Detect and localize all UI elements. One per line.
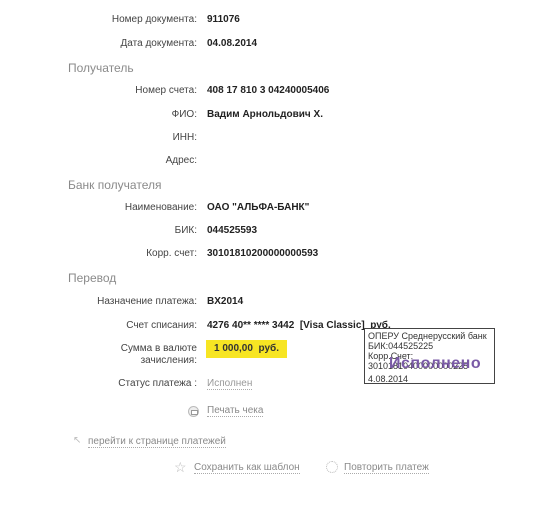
- bank-section-title: Банк получателя: [68, 178, 161, 192]
- transfer-status-label: Статус платежа :: [118, 378, 197, 389]
- recipient-account-row: Номер счета: 408 17 810 3 04240005406: [0, 85, 535, 101]
- back-to-payments-link[interactable]: перейти к странице платежей: [88, 436, 226, 448]
- transfer-section-title: Перевод: [68, 271, 116, 285]
- stamp-line2: БИК:044525225: [368, 341, 494, 351]
- bank-stamp: ОПЕРУ Среднерусский банк БИК:044525225 К…: [364, 328, 495, 384]
- recipient-address-label: Адрес:: [166, 155, 197, 166]
- stamp-line1: ОПЕРУ Среднерусский банк: [368, 331, 494, 341]
- stamp-date: 4.08.2014: [368, 374, 408, 384]
- document-number-label: Номер документа:: [112, 14, 197, 25]
- bank-name-label: Наименование:: [125, 202, 197, 213]
- transfer-amount-label: Сумма в валюте зачисления:: [121, 343, 197, 367]
- star-icon[interactable]: ☆: [174, 460, 187, 474]
- transfer-purpose-row: Назначение платежа: BX2014: [0, 296, 535, 312]
- bank-corr-value: 30101810200000000593: [207, 248, 318, 259]
- transfer-purpose-label: Назначение платежа:: [97, 296, 197, 307]
- save-template-link[interactable]: Сохранить как шаблон: [194, 462, 300, 474]
- amount-label-line2: зачисления:: [141, 355, 197, 366]
- document-date-value: 04.08.2014: [207, 38, 257, 49]
- recipient-inn-label: ИНН:: [173, 132, 197, 143]
- recipient-name-value: Вадим Арнольдович Х.: [207, 109, 323, 120]
- bank-bik-row: БИК: 044525593: [0, 225, 535, 241]
- transfer-debit-label: Счет списания:: [126, 320, 197, 331]
- recipient-account-value: 408 17 810 3 04240005406: [207, 85, 329, 96]
- bank-corr-label: Корр. счет:: [146, 248, 197, 259]
- recipient-name-label: ФИО:: [172, 109, 197, 120]
- document-date-label: Дата документа:: [121, 38, 197, 49]
- bank-bik-value: 044525593: [207, 225, 257, 236]
- stamp-executed-text: Исполнено: [389, 359, 481, 369]
- recipient-section-title: Получатель: [68, 61, 134, 75]
- repeat-payment-link[interactable]: Повторить платеж: [344, 462, 429, 474]
- bank-bik-label: БИК:: [175, 225, 197, 236]
- transfer-purpose-value: BX2014: [207, 296, 243, 307]
- document-number-value: 911076: [207, 14, 240, 25]
- document-number-row: Номер документа: 911076: [0, 14, 535, 30]
- recipient-address-row: Адрес:: [0, 155, 535, 171]
- bank-corr-row: Корр. счет: 30101810200000000593: [0, 248, 535, 264]
- document-date-row: Дата документа: 04.08.2014: [0, 38, 535, 54]
- bank-name-row: Наименование: ОАО "АЛЬФА-БАНК": [0, 202, 535, 218]
- print-receipt-link[interactable]: Печать чека: [207, 405, 263, 417]
- transfer-status-value[interactable]: Исполнен: [207, 378, 252, 390]
- printer-icon[interactable]: [188, 406, 199, 417]
- recipient-account-label: Номер счета:: [135, 85, 197, 96]
- bank-name-value: ОАО "АЛЬФА-БАНК": [207, 202, 309, 213]
- transfer-amount-value: 1 000,00 руб.: [206, 340, 287, 358]
- back-arrow-icon[interactable]: ↖: [73, 435, 81, 446]
- amount-label-line1: Сумма в валюте: [121, 343, 197, 354]
- recipient-name-row: ФИО: Вадим Арнольдович Х.: [0, 109, 535, 125]
- refresh-icon[interactable]: [326, 461, 338, 473]
- recipient-inn-row: ИНН:: [0, 132, 535, 148]
